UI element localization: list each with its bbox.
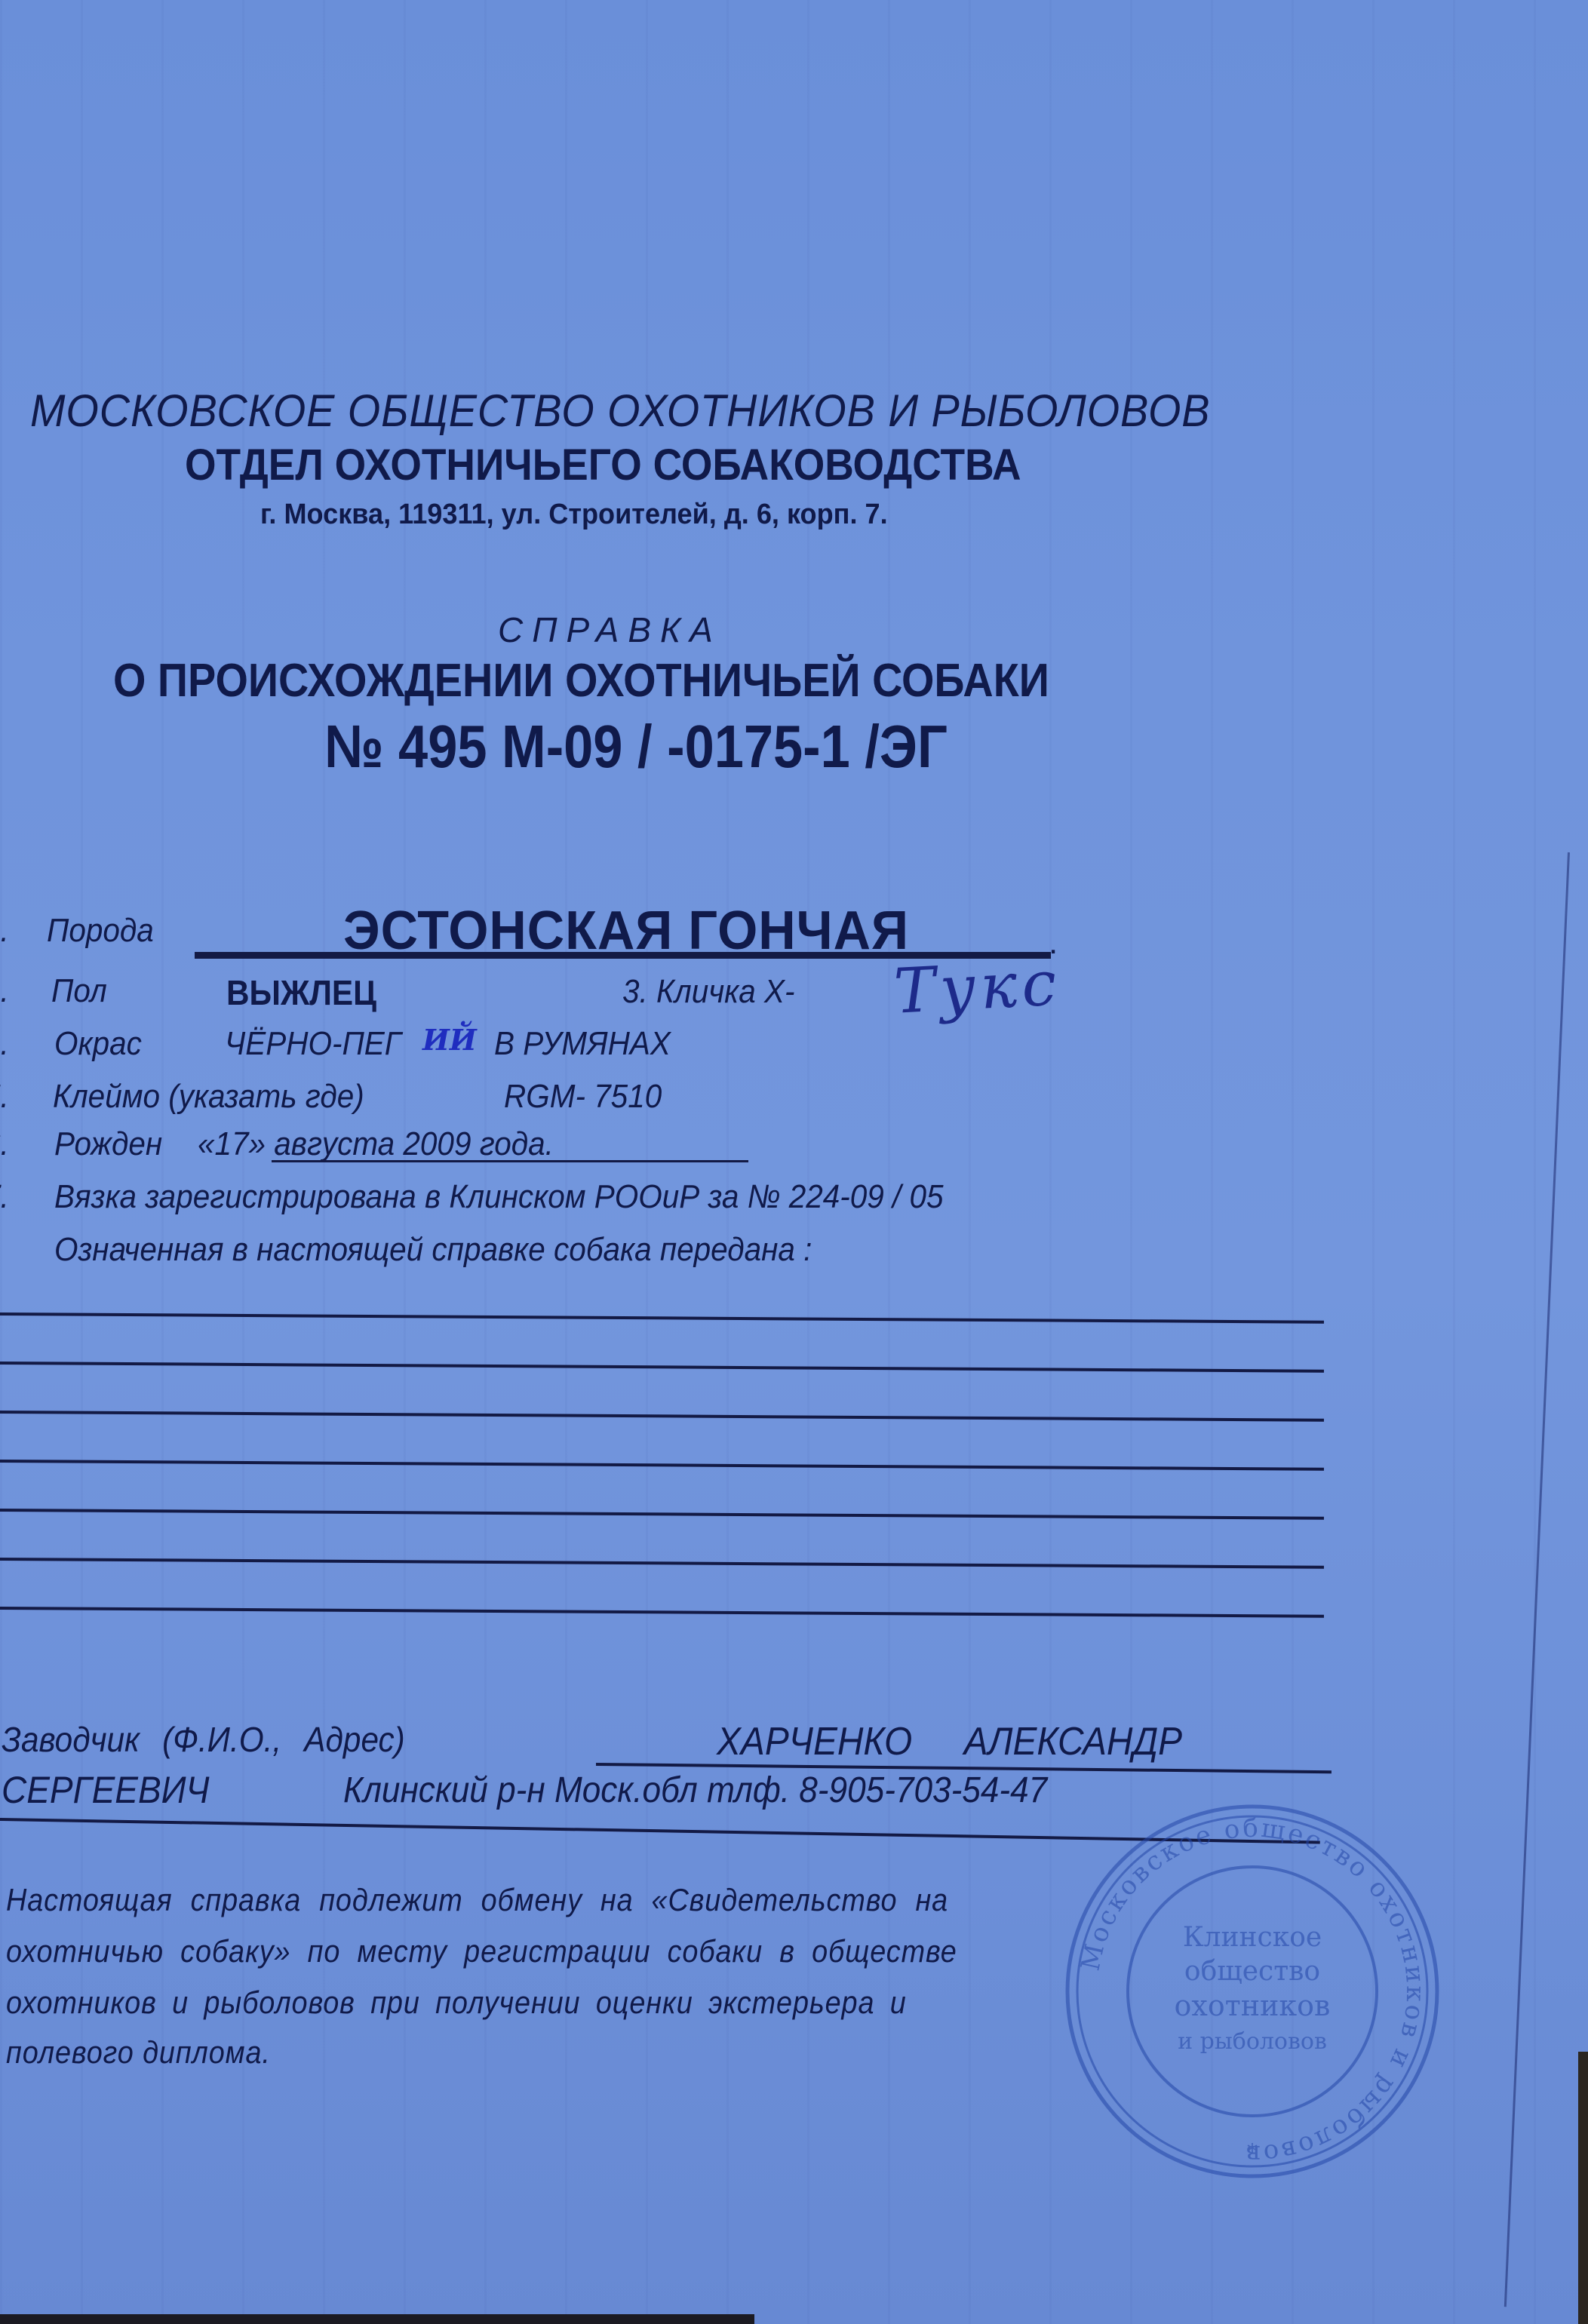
field-breed-number: 1. [0, 914, 9, 947]
field-brand-number: 5. [0, 1080, 9, 1113]
blank-line [0, 1312, 1324, 1324]
stamp-inner-line: Клинское [1183, 1922, 1322, 1953]
field-transfer-label: Означенная в настоящей справке собака пе… [54, 1233, 812, 1266]
field-name-label: 3. Кличка Х- [622, 975, 795, 1008]
blank-line [0, 1460, 1324, 1471]
blank-line [0, 1607, 1324, 1618]
field-name-handwritten: Тукс [892, 947, 1063, 1027]
blank-line [0, 1362, 1324, 1373]
document-number: № 495 М-09 / -0175-1 /ЭГ [324, 717, 948, 777]
document-subject: О ПРОИСХОЖДЕНИИ ОХОТНИЧЬЕЙ СОБАКИ [113, 658, 1049, 705]
breeder-name-line1: ХАРЧЕНКО АЛЕКСАНДР [717, 1722, 1182, 1761]
org-name: МОСКОВСКОЕ ОБЩЕСТВО ОХОТНИКОВ И РЫБОЛОВО… [30, 388, 1210, 434]
document-kind: СПРАВКА [498, 612, 722, 647]
field-coat-number: 4. [0, 1027, 9, 1061]
breeder-address: Клинский р-н Моск.обл тлф. 8-905-703-54-… [343, 1773, 1047, 1809]
field-coat-label: Окрас [54, 1027, 142, 1061]
field-born-value: «17» августа 2009 года. [198, 1128, 554, 1161]
field-brand-label: Клеймо (указать где) [53, 1080, 364, 1113]
blank-line [0, 1411, 1324, 1422]
field-mating-number: 7. [0, 1180, 9, 1214]
field-brand-value: RGM- 7510 [504, 1080, 662, 1113]
org-address: г. Москва, 119311, ул. Строителей, д. 6,… [260, 500, 888, 529]
field-sex-number: 2. [0, 975, 9, 1008]
note-line: охотничью собаку» по месту регистрации с… [6, 1936, 957, 1967]
field-sex-value: ВЫЖЛЕЦ [226, 975, 376, 1010]
paper-fold-line [1504, 852, 1570, 2307]
field-born-number: 6. [0, 1128, 9, 1161]
note-line: полевого диплома. [6, 2037, 271, 2068]
note-line: охотников и рыболовов при получении оцен… [6, 1987, 907, 2019]
field-breed-value: ЭСТОНСКАЯ ГОНЧАЯ [343, 904, 909, 958]
field-breed-label: Порода [47, 914, 154, 947]
table-surface-edge [0, 2314, 754, 2324]
seal-stamp: Московское общество охотников и рыболово… [1056, 1795, 1448, 2187]
stamp-star-icon: * [1247, 2139, 1258, 2164]
born-underline [272, 1160, 748, 1162]
field-sex-label: Пол [51, 975, 107, 1008]
stamp-inner-line: охотников [1175, 1989, 1331, 2022]
stamp-inner-line: и рыболовов [1178, 2028, 1327, 2055]
field-coat-correction: ИЙ [422, 1023, 477, 1057]
field-born-label: Рожден [54, 1128, 162, 1161]
field-coat-value: ЧЁРНО-ПЕГ [225, 1027, 401, 1061]
table-surface-edge [1578, 2052, 1588, 2324]
stamp-inner-line: общество [1184, 1956, 1320, 1987]
breeder-label: Заводчик (Ф.И.О., Адрес) [2, 1722, 405, 1757]
department-name: ОТДЕЛ ОХОТНИЧЬЕГО СОБАКОВОДСТВА [185, 444, 1021, 487]
breeder-name-line2: СЕРГЕЕВИЧ [2, 1771, 210, 1809]
field-coat-value-rest: В РУМЯНАХ [494, 1027, 671, 1061]
blank-line [0, 1558, 1324, 1569]
note-line: Настоящая справка подлежит обмену на «Св… [6, 1884, 948, 1916]
field-mating-text: Вязка зарегистрирована в Клинском РООиР … [54, 1180, 944, 1214]
blank-line [0, 1509, 1324, 1520]
